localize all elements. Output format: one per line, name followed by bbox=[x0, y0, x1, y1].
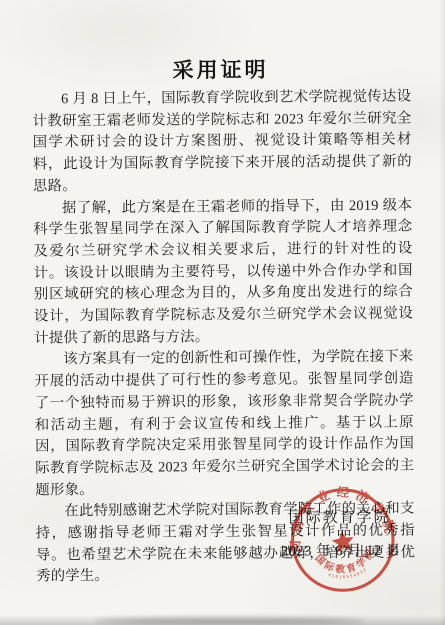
paragraph: 据了解，此方案是在王霜老师的指导下，由 2019 级本科学生张智星同学在深入了解… bbox=[33, 195, 413, 350]
paragraph: 6 月 8 日上午，国际教育学院收到艺术学院视觉传达设计教研室王霜老师发送的学院… bbox=[32, 87, 412, 198]
scan-edge-shadow-right bbox=[439, 0, 445, 625]
stamp-star bbox=[331, 529, 356, 553]
paragraph: 该方案具有一定的创新性和可操作性，为学院在接下来开展的活动中提供了可行性的参考意… bbox=[34, 347, 414, 502]
page-title: 采用证明 bbox=[0, 52, 443, 85]
official-stamp: 河南牧业经济学院 国际教育学院 41010554932 bbox=[281, 479, 404, 602]
scanned-certificate-page: 采用证明 6 月 8 日上午，国际教育学院收到艺术学院视觉传达设计教研室王霜老师… bbox=[0, 0, 445, 625]
scan-edge-shadow-bottom bbox=[0, 615, 445, 625]
document-content: 采用证明 6 月 8 日上午，国际教育学院收到艺术学院视觉传达设计教研室王霜老师… bbox=[0, 0, 445, 625]
official-stamp-seal: 河南牧业经济学院 国际教育学院 41010554932 bbox=[281, 479, 404, 602]
